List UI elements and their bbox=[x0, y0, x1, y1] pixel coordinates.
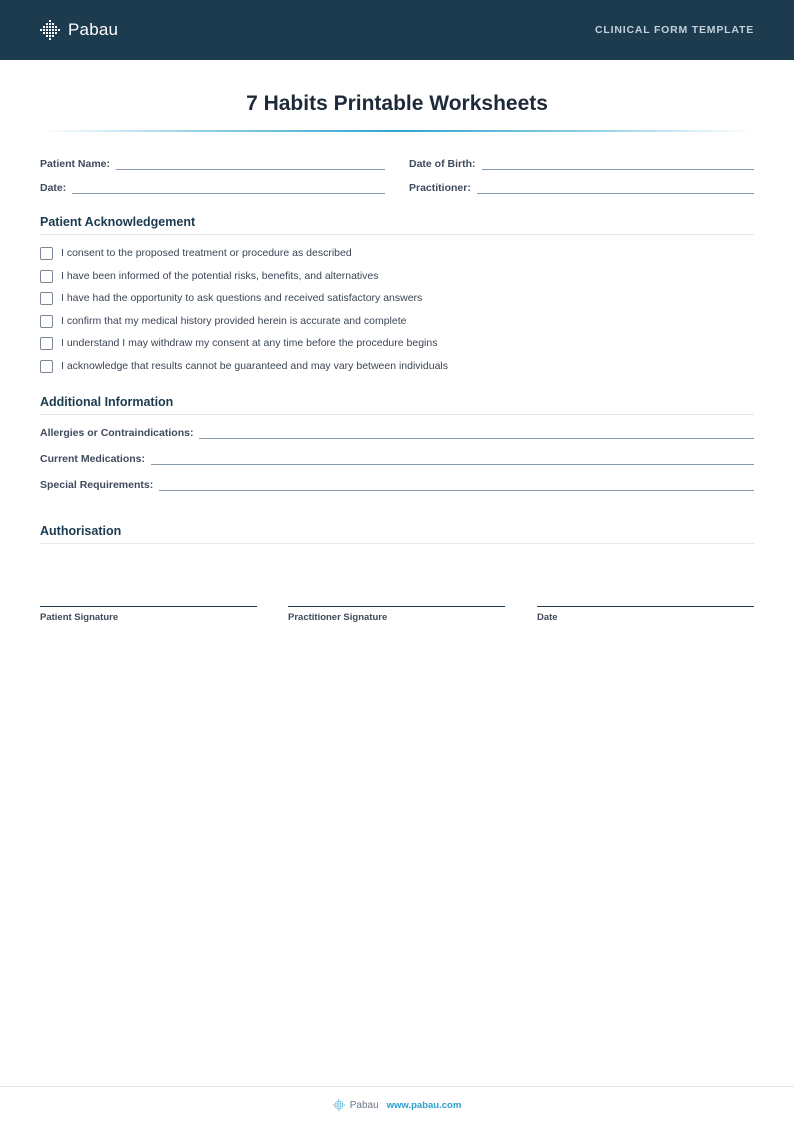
document-title: 7 Habits Printable Worksheets bbox=[0, 92, 794, 116]
practitioner-signature-line[interactable] bbox=[288, 606, 505, 607]
allergies-field[interactable]: Allergies or Contraindications: bbox=[40, 425, 754, 439]
brand: Pabau bbox=[40, 20, 118, 40]
footer-divider bbox=[0, 1086, 794, 1087]
acknowledgement-item[interactable]: I consent to the proposed treatment or p… bbox=[40, 246, 352, 260]
footer-website-link[interactable]: www.pabau.com bbox=[387, 1100, 462, 1111]
field-label: Patient Name: bbox=[40, 158, 116, 170]
signature-label: Practitioner Signature bbox=[288, 612, 505, 623]
signature-date-block[interactable]: Date bbox=[537, 606, 754, 623]
practitioner-signature-block[interactable]: Practitioner Signature bbox=[288, 606, 505, 623]
patient-signature-line[interactable] bbox=[40, 606, 257, 607]
checkbox-label: I acknowledge that results cannot be gua… bbox=[61, 360, 448, 372]
field-label: Special Requirements: bbox=[40, 479, 159, 491]
acknowledgement-item[interactable]: I have had the opportunity to ask questi… bbox=[40, 291, 422, 305]
patient-name-input-line[interactable] bbox=[116, 169, 385, 170]
practitioner-field[interactable]: Practitioner: bbox=[409, 180, 754, 194]
footer-brand: Pabau bbox=[333, 1099, 379, 1111]
footer-brand-name: Pabau bbox=[350, 1100, 379, 1111]
special-requirements-field[interactable]: Special Requirements: bbox=[40, 477, 754, 491]
pabau-logo-icon bbox=[333, 1099, 346, 1111]
date-of-birth-field[interactable]: Date of Birth: bbox=[409, 156, 754, 170]
patient-signature-block[interactable]: Patient Signature bbox=[40, 606, 257, 623]
signature-label: Date bbox=[537, 612, 754, 623]
acknowledgement-item[interactable]: I have been informed of the potential ri… bbox=[40, 269, 379, 283]
field-label: Date: bbox=[40, 182, 72, 194]
field-label: Current Medications: bbox=[40, 453, 151, 465]
date-field[interactable]: Date: bbox=[40, 180, 385, 194]
checkbox-label: I confirm that my medical history provid… bbox=[61, 315, 407, 327]
field-label: Practitioner: bbox=[409, 182, 477, 194]
acknowledgement-item[interactable]: I confirm that my medical history provid… bbox=[40, 314, 407, 328]
patient-name-field[interactable]: Patient Name: bbox=[40, 156, 385, 170]
date-of-birth-input-line[interactable] bbox=[482, 169, 755, 170]
checkbox[interactable] bbox=[40, 270, 53, 283]
acknowledgement-item[interactable]: I understand I may withdraw my consent a… bbox=[40, 336, 437, 350]
section-title-additional-information: Additional Information bbox=[40, 395, 754, 415]
checkbox-label: I understand I may withdraw my consent a… bbox=[61, 337, 437, 349]
checkbox-label: I have had the opportunity to ask questi… bbox=[61, 292, 422, 304]
checkbox[interactable] bbox=[40, 292, 53, 305]
checkbox-label: I consent to the proposed treatment or p… bbox=[61, 247, 352, 259]
brand-name: Pabau bbox=[68, 20, 118, 40]
field-label: Allergies or Contraindications: bbox=[40, 427, 199, 439]
title-divider bbox=[40, 130, 754, 132]
date-input-line[interactable] bbox=[72, 193, 385, 194]
checkbox[interactable] bbox=[40, 315, 53, 328]
checkbox-label: I have been informed of the potential ri… bbox=[61, 270, 379, 282]
checkbox[interactable] bbox=[40, 247, 53, 260]
special-requirements-input-line[interactable] bbox=[159, 490, 754, 491]
field-label: Date of Birth: bbox=[409, 158, 482, 170]
section-title-acknowledgement: Patient Acknowledgement bbox=[40, 215, 754, 235]
page-footer: Pabau www.pabau.com bbox=[0, 1099, 794, 1111]
checkbox[interactable] bbox=[40, 337, 53, 350]
page-header: Pabau CLINICAL FORM TEMPLATE bbox=[0, 0, 794, 60]
acknowledgement-item[interactable]: I acknowledge that results cannot be gua… bbox=[40, 359, 448, 373]
checkbox[interactable] bbox=[40, 360, 53, 373]
signature-date-line[interactable] bbox=[537, 606, 754, 607]
form-type-tag: CLINICAL FORM TEMPLATE bbox=[595, 24, 754, 36]
practitioner-input-line[interactable] bbox=[477, 193, 754, 194]
current-medications-field[interactable]: Current Medications: bbox=[40, 451, 754, 465]
allergies-input-line[interactable] bbox=[199, 438, 754, 439]
signature-label: Patient Signature bbox=[40, 612, 257, 623]
current-medications-input-line[interactable] bbox=[151, 464, 754, 465]
section-title-authorisation: Authorisation bbox=[40, 524, 754, 544]
pabau-logo-icon bbox=[40, 20, 62, 40]
